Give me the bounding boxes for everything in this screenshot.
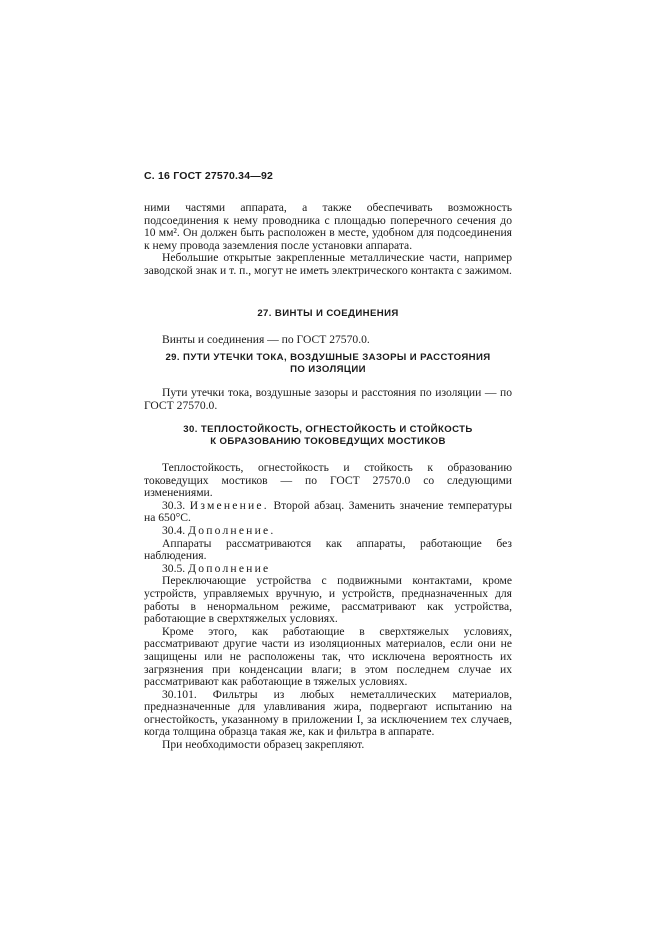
- paragraph: Небольшие открытые закрепленные металлич…: [144, 252, 512, 277]
- paragraph: Теплостойкость, огнестойкость и стойкост…: [144, 462, 512, 500]
- item-text: Фильтры из любых неметаллических материа…: [144, 688, 512, 739]
- item-number: 30.5.: [162, 562, 185, 575]
- page-header: С. 16 ГОСТ 27570.34—92: [144, 170, 273, 182]
- item-label: Дополнение.: [188, 524, 275, 537]
- section-heading: ПО ИЗОЛЯЦИИ: [144, 364, 512, 376]
- section-heading: 29. ПУТИ УТЕЧКИ ТОКА, ВОЗДУШНЫЕ ЗАЗОРЫ И…: [144, 352, 512, 364]
- section-heading: 27. ВИНТЫ И СОЕДИНЕНИЯ: [144, 308, 512, 320]
- item-30-4: 30.4. Дополнение.: [144, 525, 512, 538]
- paragraph: Аппараты рассматриваются как аппараты, р…: [144, 538, 512, 563]
- item-number: 30.101.: [162, 688, 197, 701]
- paragraph: Пути утечки тока, воздушные зазоры и рас…: [144, 387, 512, 412]
- item-label: Дополнение: [188, 562, 270, 575]
- paragraph: При необходимости образец закрепляют.: [144, 739, 512, 752]
- section-29: 29. ПУТИ УТЕЧКИ ТОКА, ВОЗДУШНЫЕ ЗАЗОРЫ И…: [144, 352, 512, 412]
- item-30-101: 30.101. Фильтры из любых неметаллических…: [144, 689, 512, 739]
- section-heading: 30. ТЕПЛОСТОЙКОСТЬ, ОГНЕСТОЙКОСТЬ И СТОЙ…: [144, 424, 512, 436]
- paragraph: Винты и соединения — по ГОСТ 27570.0.: [144, 334, 512, 347]
- item-number: 30.3.: [162, 499, 185, 512]
- section-27: 27. ВИНТЫ И СОЕДИНЕНИЯ Винты и соединени…: [144, 308, 512, 347]
- item-30-3: 30.3. Изменение. Второй абзац. Заменить …: [144, 500, 512, 525]
- item-label: Изменение.: [190, 499, 269, 512]
- intro-block: ними частями аппарата, а также обеспечив…: [144, 202, 512, 278]
- paragraph: ними частями аппарата, а также обеспечив…: [144, 202, 512, 252]
- item-number: 30.4.: [162, 524, 185, 537]
- section-30: 30. ТЕПЛОСТОЙКОСТЬ, ОГНЕСТОЙКОСТЬ И СТОЙ…: [144, 424, 512, 752]
- paragraph: Кроме этого, как работающие в сверхтяжел…: [144, 626, 512, 689]
- paragraph: Переключающие устройства с подвижными ко…: [144, 575, 512, 625]
- document-page: С. 16 ГОСТ 27570.34—92 ними частями аппа…: [0, 0, 661, 935]
- section-heading: К ОБРАЗОВАНИЮ ТОКОВЕДУЩИХ МОСТИКОВ: [144, 436, 512, 448]
